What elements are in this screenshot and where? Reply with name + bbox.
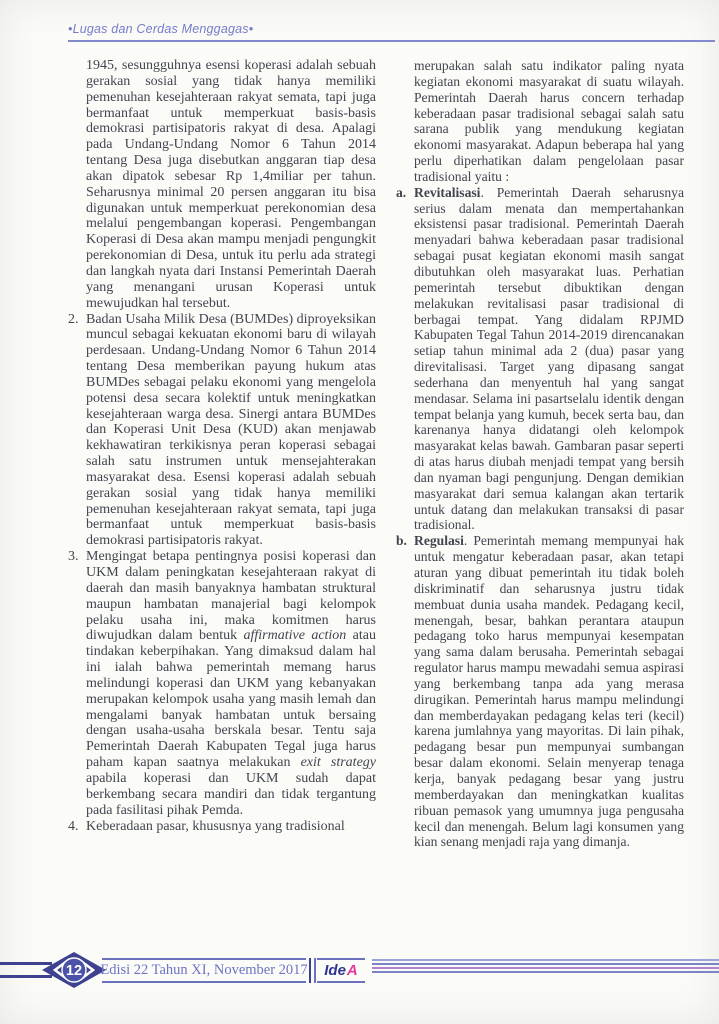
page-number-badge: 12 (40, 951, 108, 989)
stripe-line (372, 963, 719, 965)
edition-box: Edisi 22 Tahun XI, November 2017 (102, 958, 306, 983)
magazine-page: •Lugas dan Cerdas Menggagas• 1945, sesun… (0, 0, 719, 1024)
list-marker: 4. (68, 819, 79, 835)
text-segment: apabila koperasi dan UKM sudah dapat ber… (86, 771, 376, 818)
header-running-title: •Lugas dan Cerdas Menggagas• (68, 22, 253, 36)
list-marker: 3. (68, 549, 79, 565)
text-segment: Revitalisasi (414, 185, 480, 200)
header-rule (68, 40, 715, 42)
paragraph: merupakan salah satu indikator paling ny… (396, 58, 684, 185)
stripe-line (372, 959, 719, 961)
idea-logo: IdeA (317, 958, 365, 983)
page-number: 12 (66, 963, 82, 979)
text-segment: Badan Usaha Milik Desa (BUMDes) diproyek… (86, 312, 376, 549)
list-item: 2.Badan Usaha Milik Desa (BUMDes) diproy… (68, 312, 376, 550)
text-segment: . Pemerintah Daerah seharusnya serius da… (414, 185, 684, 533)
text-segment: affirmative action (244, 628, 347, 643)
left-column: 1945, sesungguhnya esensi koperasi adala… (68, 58, 376, 950)
page-footer: 12 Edisi 22 Tahun XI, November 2017 IdeA (0, 948, 719, 992)
text-segment: merupakan salah satu indikator paling ny… (414, 58, 684, 184)
stripe-line (372, 967, 719, 969)
text-segment: exit strategy (301, 755, 376, 770)
list-item: 4.Keberadaan pasar, khususnya yang tradi… (68, 819, 376, 835)
text-segment: atau tindakan keberpihakan. Yang dimaksu… (86, 628, 376, 770)
logo-ide-text: Ide (324, 962, 346, 979)
list-item: 3.Mengingat betapa pentingnya posisi kop… (68, 549, 376, 818)
text-segment: . Pemerintah memang mempunyai hak untuk … (414, 533, 684, 849)
list-marker: a. (396, 185, 406, 201)
text-segment: Keberadaan pasar, khususnya yang tradisi… (86, 819, 345, 834)
text-segment: 1945, sesungguhnya esensi koperasi adala… (86, 58, 376, 311)
list-item: a.Revitalisasi. Pemerintah Daerah seharu… (396, 185, 684, 534)
logo-a-text: A (347, 962, 358, 979)
list-item: b.Regulasi. Pemerintah memang mempunyai … (396, 533, 684, 850)
list-marker: b. (396, 533, 407, 549)
paragraph: 1945, sesungguhnya esensi koperasi adala… (68, 58, 376, 312)
article-body: 1945, sesungguhnya esensi koperasi adala… (68, 58, 684, 950)
edition-label: Edisi 22 Tahun XI, November 2017 (100, 962, 307, 979)
footer-stripes (372, 959, 719, 975)
list-marker: 2. (68, 312, 79, 328)
text-segment: Regulasi (414, 533, 464, 548)
right-column: merupakan salah satu indikator paling ny… (396, 58, 684, 950)
footer-divider (309, 958, 316, 983)
stripe-line (372, 971, 719, 973)
